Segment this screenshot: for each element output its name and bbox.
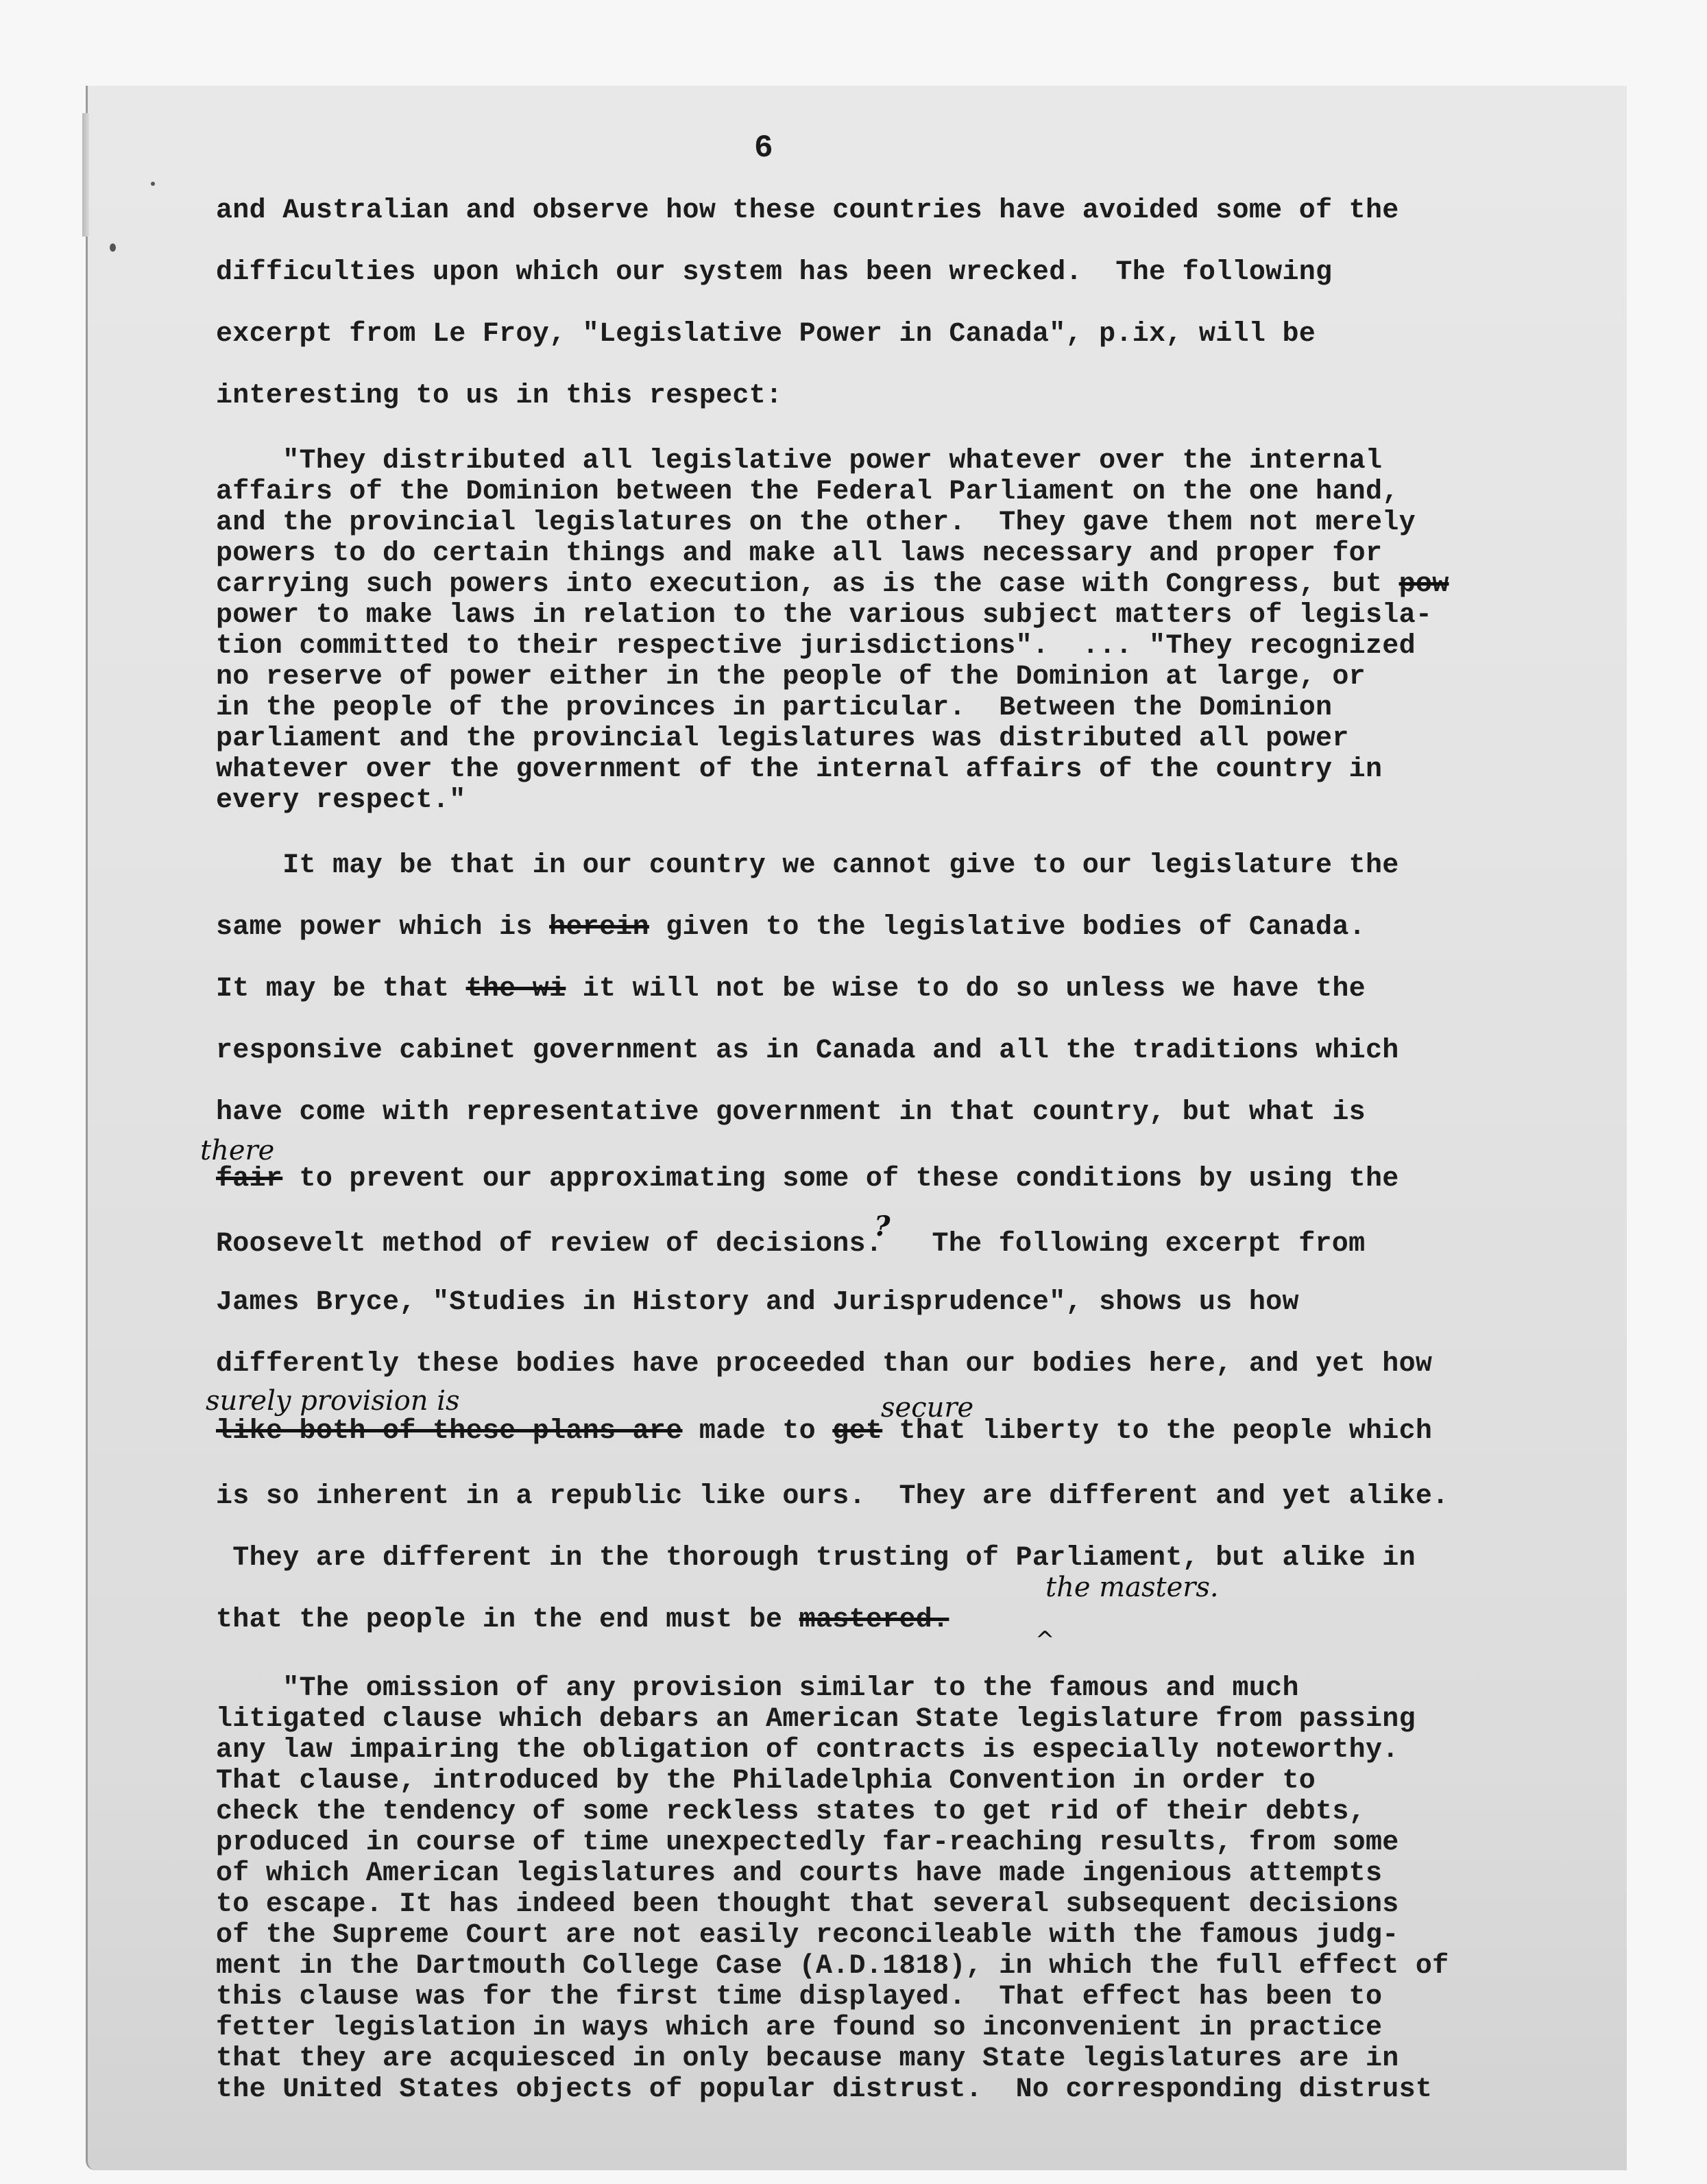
quote-line: of the Supreme Court are not easily reco… [216,1920,1399,1951]
body-line: differently these bodies have proceeded … [216,1349,1432,1380]
quote-line: affairs of the Dominion between the Fede… [216,477,1399,507]
body-line: It may be that the wi it will not be wis… [216,974,1366,1005]
quote-line: that they are acquiesced in only because… [216,2043,1399,2074]
quote-line: litigated clause which debars an America… [216,1704,1416,1735]
struck-word: herein [549,912,649,943]
quote-line: every respect." [216,785,466,816]
quote-line: the United States objects of popular dis… [216,2074,1432,2105]
quote-line: powers to do certain things and make all… [216,538,1382,569]
quote-line: any law impairing the obligation of cont… [216,1735,1399,1766]
insertion-caret-icon: ^ [1035,1627,1055,1654]
quote-line: carrying such powers into execution, as … [216,569,1449,600]
quote-line: power to make laws in relation to the va… [216,600,1432,631]
quote-line: "They distributed all legislative power … [216,446,1382,477]
quote-line: no reserve of power either in the people… [216,662,1366,693]
handwritten-question-mark: ? [874,1210,891,1243]
struck-word: mastered. [799,1605,949,1635]
struck-word: the wi [466,974,566,1005]
quote-line: whatever over the government of the inte… [216,754,1382,785]
body-line: They are different in the thorough trust… [216,1543,1416,1574]
quote-line: parliament and the provincial legislatur… [216,723,1349,754]
ink-speck [151,182,155,186]
struck-word: pow [1399,569,1449,600]
body-line: and Australian and observe how these cou… [216,195,1399,226]
struck-word: get [832,1416,882,1447]
page-number: 6 [754,130,773,166]
quote-line: of which American legislatures and court… [216,1858,1382,1889]
body-line: It may be that in our country we cannot … [216,850,1399,881]
quote-line: this clause was for the first time displ… [216,1982,1382,2013]
body-line: that the people in the end must be maste… [216,1605,949,1635]
struck-phrase: like both of these plans are [216,1416,683,1447]
handwritten-insertion: there [200,1135,274,1166]
body-line: difficulties upon which our system has b… [216,257,1332,288]
quote-line: fetter legislation in ways which are fou… [216,2013,1382,2043]
body-line: responsive cabinet government as in Cana… [216,1035,1399,1066]
quote-line: tion committed to their respective juris… [216,631,1416,662]
quote-line: and the provincial legislatures on the o… [216,507,1416,538]
quote-line: That clause, introduced by the Philadelp… [216,1766,1316,1797]
body-line: interesting to us in this respect: [216,381,782,411]
body-line: same power which is herein given to the … [216,912,1366,943]
body-line: fair to prevent our approximating some o… [216,1164,1399,1195]
quote-line: in the people of the provinces in partic… [216,693,1332,723]
quote-line: "The omission of any provision similar t… [216,1673,1299,1704]
body-line: excerpt from Le Froy, "Legislative Power… [216,319,1316,350]
body-line: is so inherent in a republic like ours. … [216,1481,1449,1512]
body-line: Roosevelt method of review of decisions.… [216,1225,1365,1260]
body-line: have come with representative government… [216,1097,1366,1128]
quote-line: check the tendency of some reckless stat… [216,1797,1366,1827]
quote-line: ment in the Dartmouth College Case (A.D.… [216,1951,1449,1982]
quote-line: to escape. It has indeed been thought th… [216,1889,1399,1920]
body-line: James Bryce, "Studies in History and Jur… [216,1287,1299,1318]
quote-line: produced in course of time unexpectedly … [216,1827,1399,1858]
handwritten-insertion: surely provision is [206,1385,460,1417]
handwritten-insertion: the masters. [1045,1572,1219,1603]
body-line: like both of these plans are made to get… [216,1416,1432,1447]
struck-word: fair [216,1164,282,1195]
ink-speck [110,243,116,252]
